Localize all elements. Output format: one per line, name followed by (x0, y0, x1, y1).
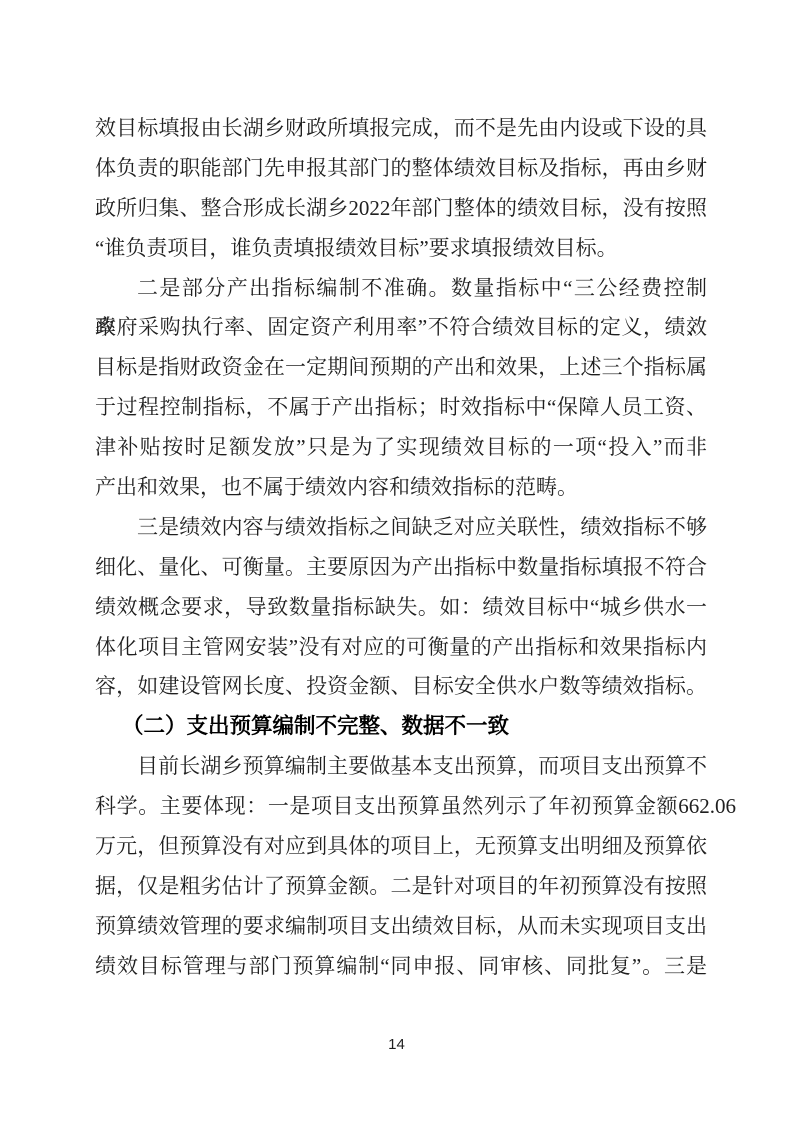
body-text-line: 津补贴按时足额发放”只是为了实现绩效目标的一项“投入”而非 (95, 428, 707, 468)
body-text-line: 据，仅是粗劣估计了预算金额。二是针对项目的年初预算没有按照 (95, 867, 707, 907)
body-text-line: 体负责的职能部门先申报其部门的整体绩效目标及指标，再由乡财 (95, 149, 707, 189)
body-text-line: 预算绩效管理的要求编制项目支出绩效目标，从而未实现项目支出 (95, 907, 707, 947)
section-heading: （二）支出预算编制不完整、数据不一致 (95, 707, 707, 747)
body-text-line: “谁负责项目，谁负责填报绩效目标”要求填报绩效目标。 (95, 229, 707, 269)
body-text-line: 容，如建设管网长度、投资金额、目标安全供水户数等绩效指标。 (95, 667, 707, 707)
body-text-line: 效目标填报由长湖乡财政所填报完成，而不是先由内设或下设的具 (95, 109, 707, 149)
body-text-line: 产出和效果，也不属于绩效内容和绩效指标的范畴。 (95, 468, 707, 508)
body-text-line: 于过程控制指标，不属于产出指标；时效指标中“保障人员工资、 (95, 388, 707, 428)
body-text-line: 绩效概念要求，导致数量指标缺失。如：绩效目标中“城乡供水一 (95, 588, 707, 628)
body-text-line: 细化、量化、可衡量。主要原因为产出指标中数量指标填报不符合 (95, 548, 707, 588)
page-number-footer: 14 (0, 1036, 793, 1053)
body-text-line: 目标是指财政资金在一定期间预期的产出和效果，上述三个指标属 (95, 348, 707, 388)
body-text-line: 三是绩效内容与绩效指标之间缺乏对应关联性，绩效指标不够 (95, 508, 707, 548)
body-text-block: 效目标填报由长湖乡财政所填报完成，而不是先由内设或下设的具 体负责的职能部门先申… (95, 109, 707, 987)
body-text-line: 绩效目标管理与部门预算编制“同申报、同审核、同批复”。三是 (95, 947, 707, 987)
body-text-line: 科学。主要体现：一是项目支出预算虽然列示了年初预算金额662.06 (95, 787, 736, 827)
body-text-line: 体化项目主管网安装”没有对应的可衡量的产出指标和效果指标内 (95, 628, 707, 668)
body-text-line: 目前长湖乡预算编制主要做基本支出预算，而项目支出预算不 (95, 747, 707, 787)
body-text-line: 政所归集、整合形成长湖乡2022年部门整体的绩效目标，没有按照 (95, 189, 707, 229)
body-text-line: 二是部分产出指标编制不准确。数量指标中“三公经费控制率、 (95, 269, 707, 309)
document-page: 效目标填报由长湖乡财政所填报完成，而不是先由内设或下设的具 体负责的职能部门先申… (0, 0, 793, 1122)
body-text-line: 万元，但预算没有对应到具体的项目上，无预算支出明细及预算依 (95, 827, 707, 867)
body-text-line: 政府采购执行率、固定资产利用率”不符合绩效目标的定义，绩效 (95, 308, 707, 348)
